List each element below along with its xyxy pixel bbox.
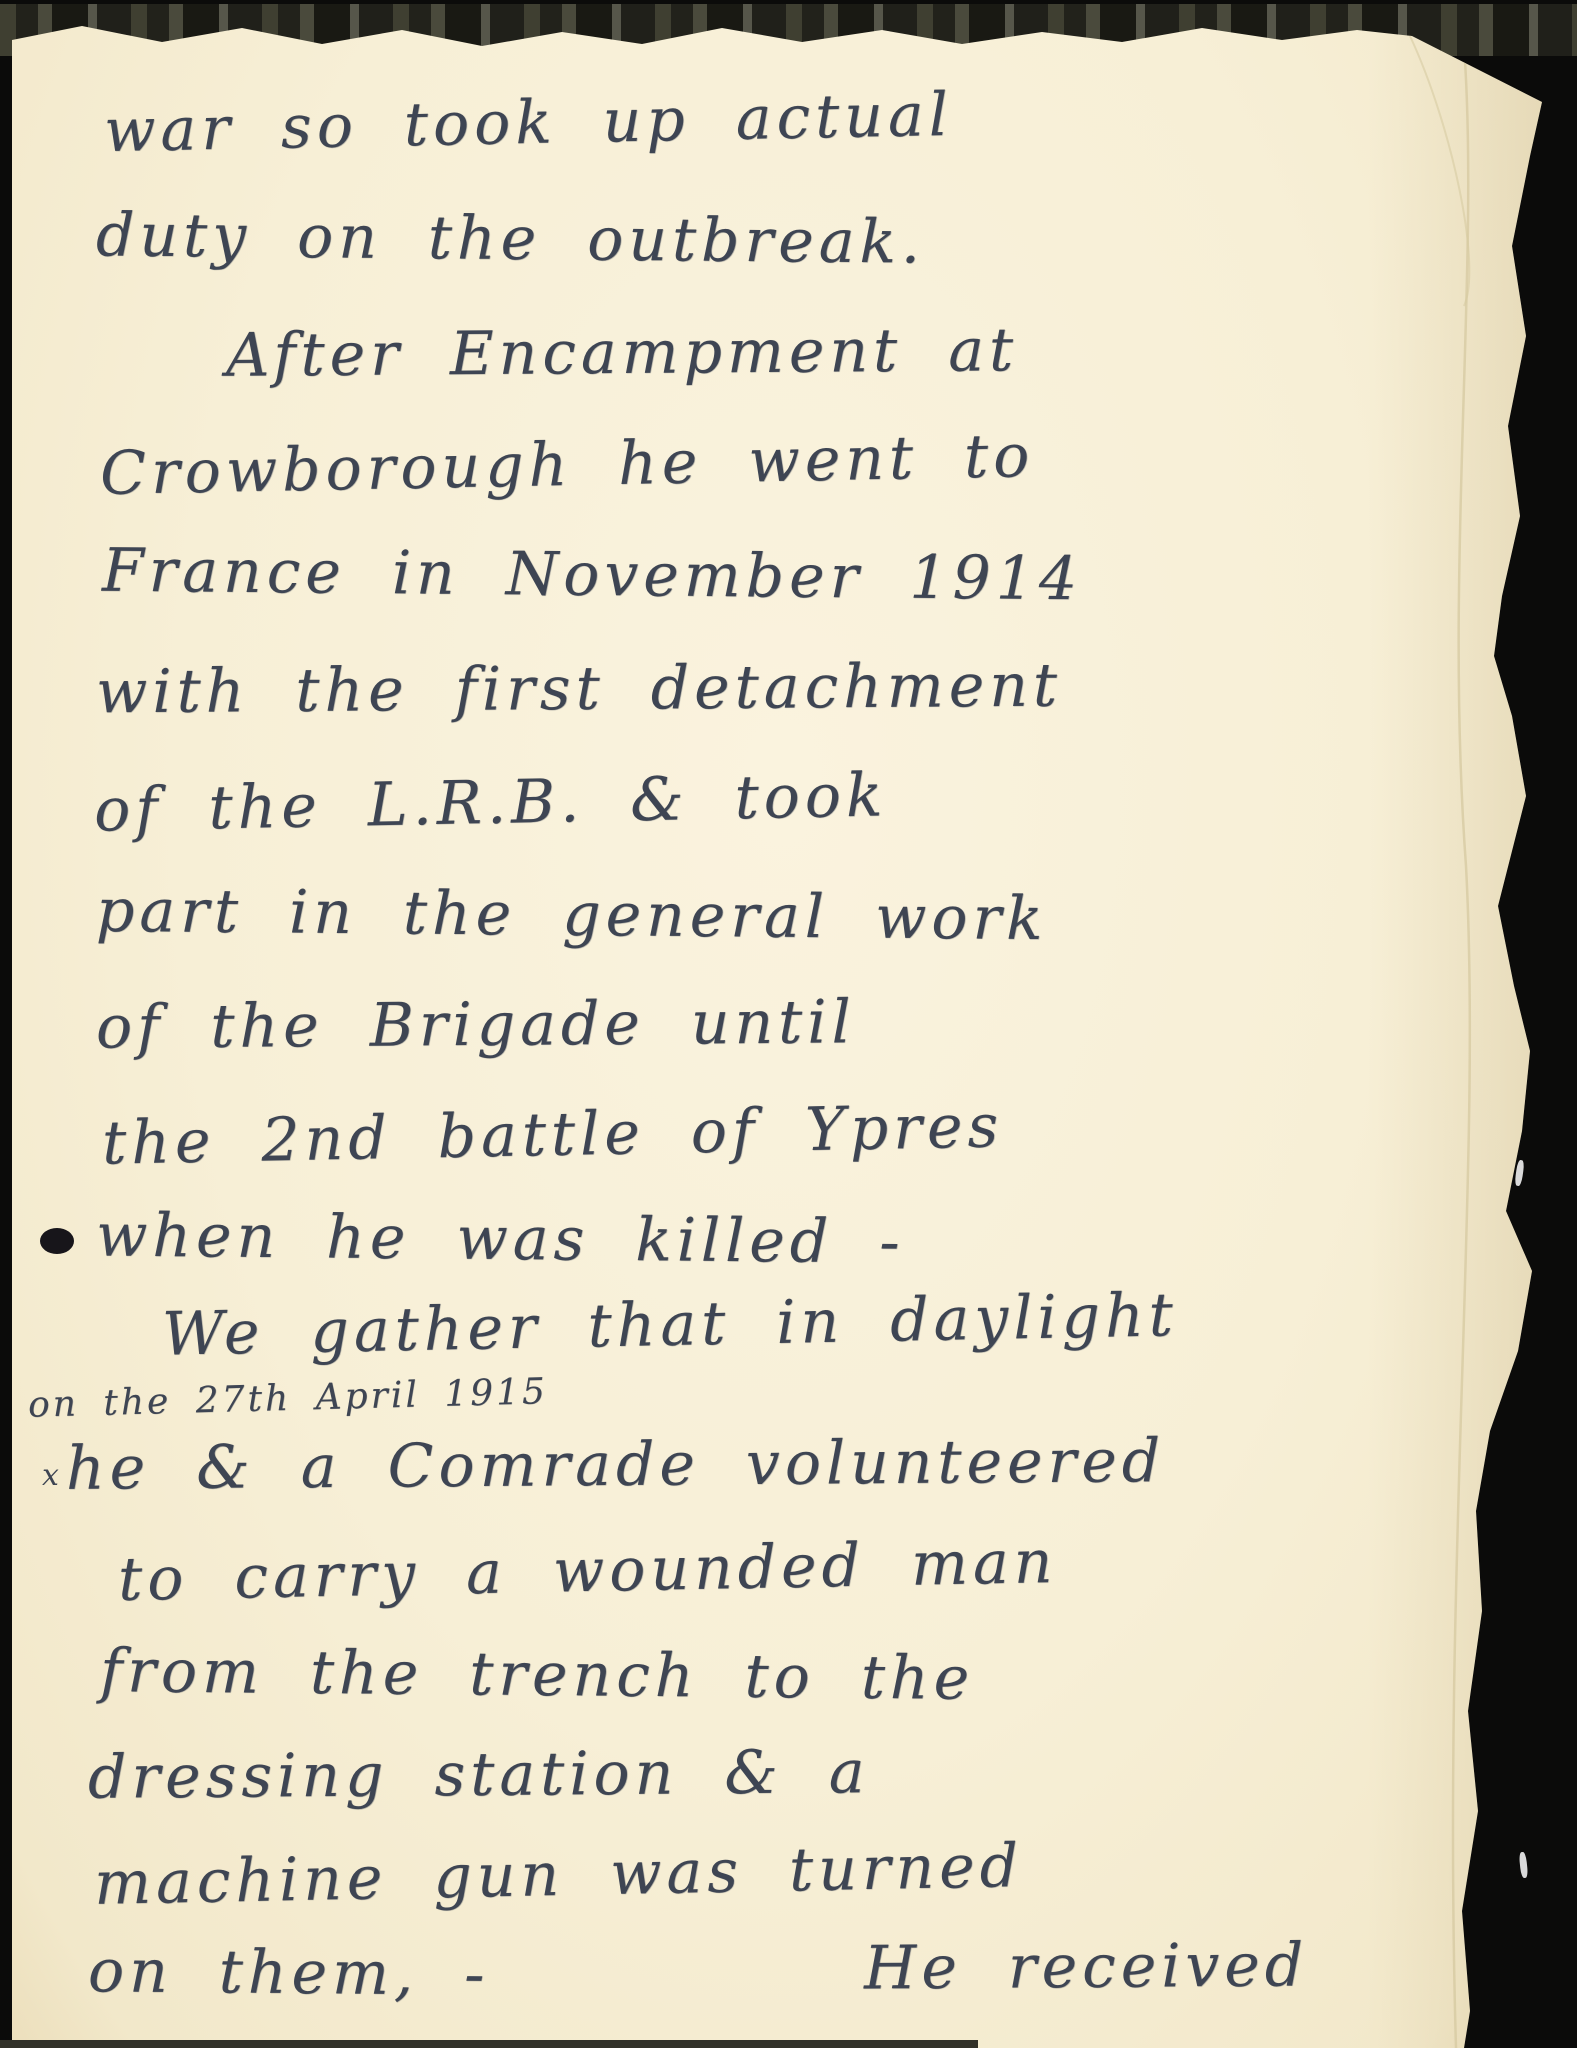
- handwritten-line: We gather that in daylight: [161, 1280, 1178, 1369]
- handwritten-line: to carry a wounded man: [117, 1527, 1057, 1615]
- handwritten-line: machine gun was turned: [93, 1831, 1023, 1919]
- margin-insertion-note: on the 27th April 1915: [28, 1371, 549, 1426]
- handwritten-line: when he was killed -: [96, 1200, 905, 1277]
- handwritten-line: with the first detachment: [96, 651, 1062, 728]
- handwritten-line: the 2nd battle of Ypres: [101, 1091, 1003, 1178]
- scan-background: war so took up actual duty on the outbre…: [0, 0, 1577, 2048]
- handwritten-line: After Encampment at: [226, 315, 1019, 391]
- torn-edge-glint: [1519, 1852, 1529, 1879]
- scan-bottom-edge: [0, 2040, 978, 2048]
- handwritten-line: he & a Comrade volunteered: [66, 1426, 1166, 1504]
- handwritten-line: on them, -: [88, 1936, 490, 2010]
- insertion-caret-mark: x: [42, 1458, 59, 1493]
- handwritten-line: France in November 1914: [102, 536, 1083, 615]
- handwritten-line: dressing station & a: [88, 1737, 870, 1812]
- handwritten-line: Crowborough he went to: [99, 421, 1034, 509]
- handwritten-line: of the L.R.B. & took: [93, 760, 888, 845]
- torn-edge-glint: [1514, 1160, 1525, 1187]
- handwritten-line: war so took up actual: [103, 80, 953, 166]
- handwritten-line: He received: [864, 1930, 1309, 2003]
- handwritten-line: part in the general work: [96, 876, 1048, 954]
- hole-punch-mark: [40, 1228, 74, 1254]
- document-page: war so took up actual duty on the outbre…: [12, 6, 1552, 2048]
- handwritten-line: of the Brigade until: [96, 987, 856, 1062]
- handwritten-line: from the trench to the: [100, 1636, 975, 1714]
- handwritten-line: duty on the outbreak.: [96, 200, 926, 277]
